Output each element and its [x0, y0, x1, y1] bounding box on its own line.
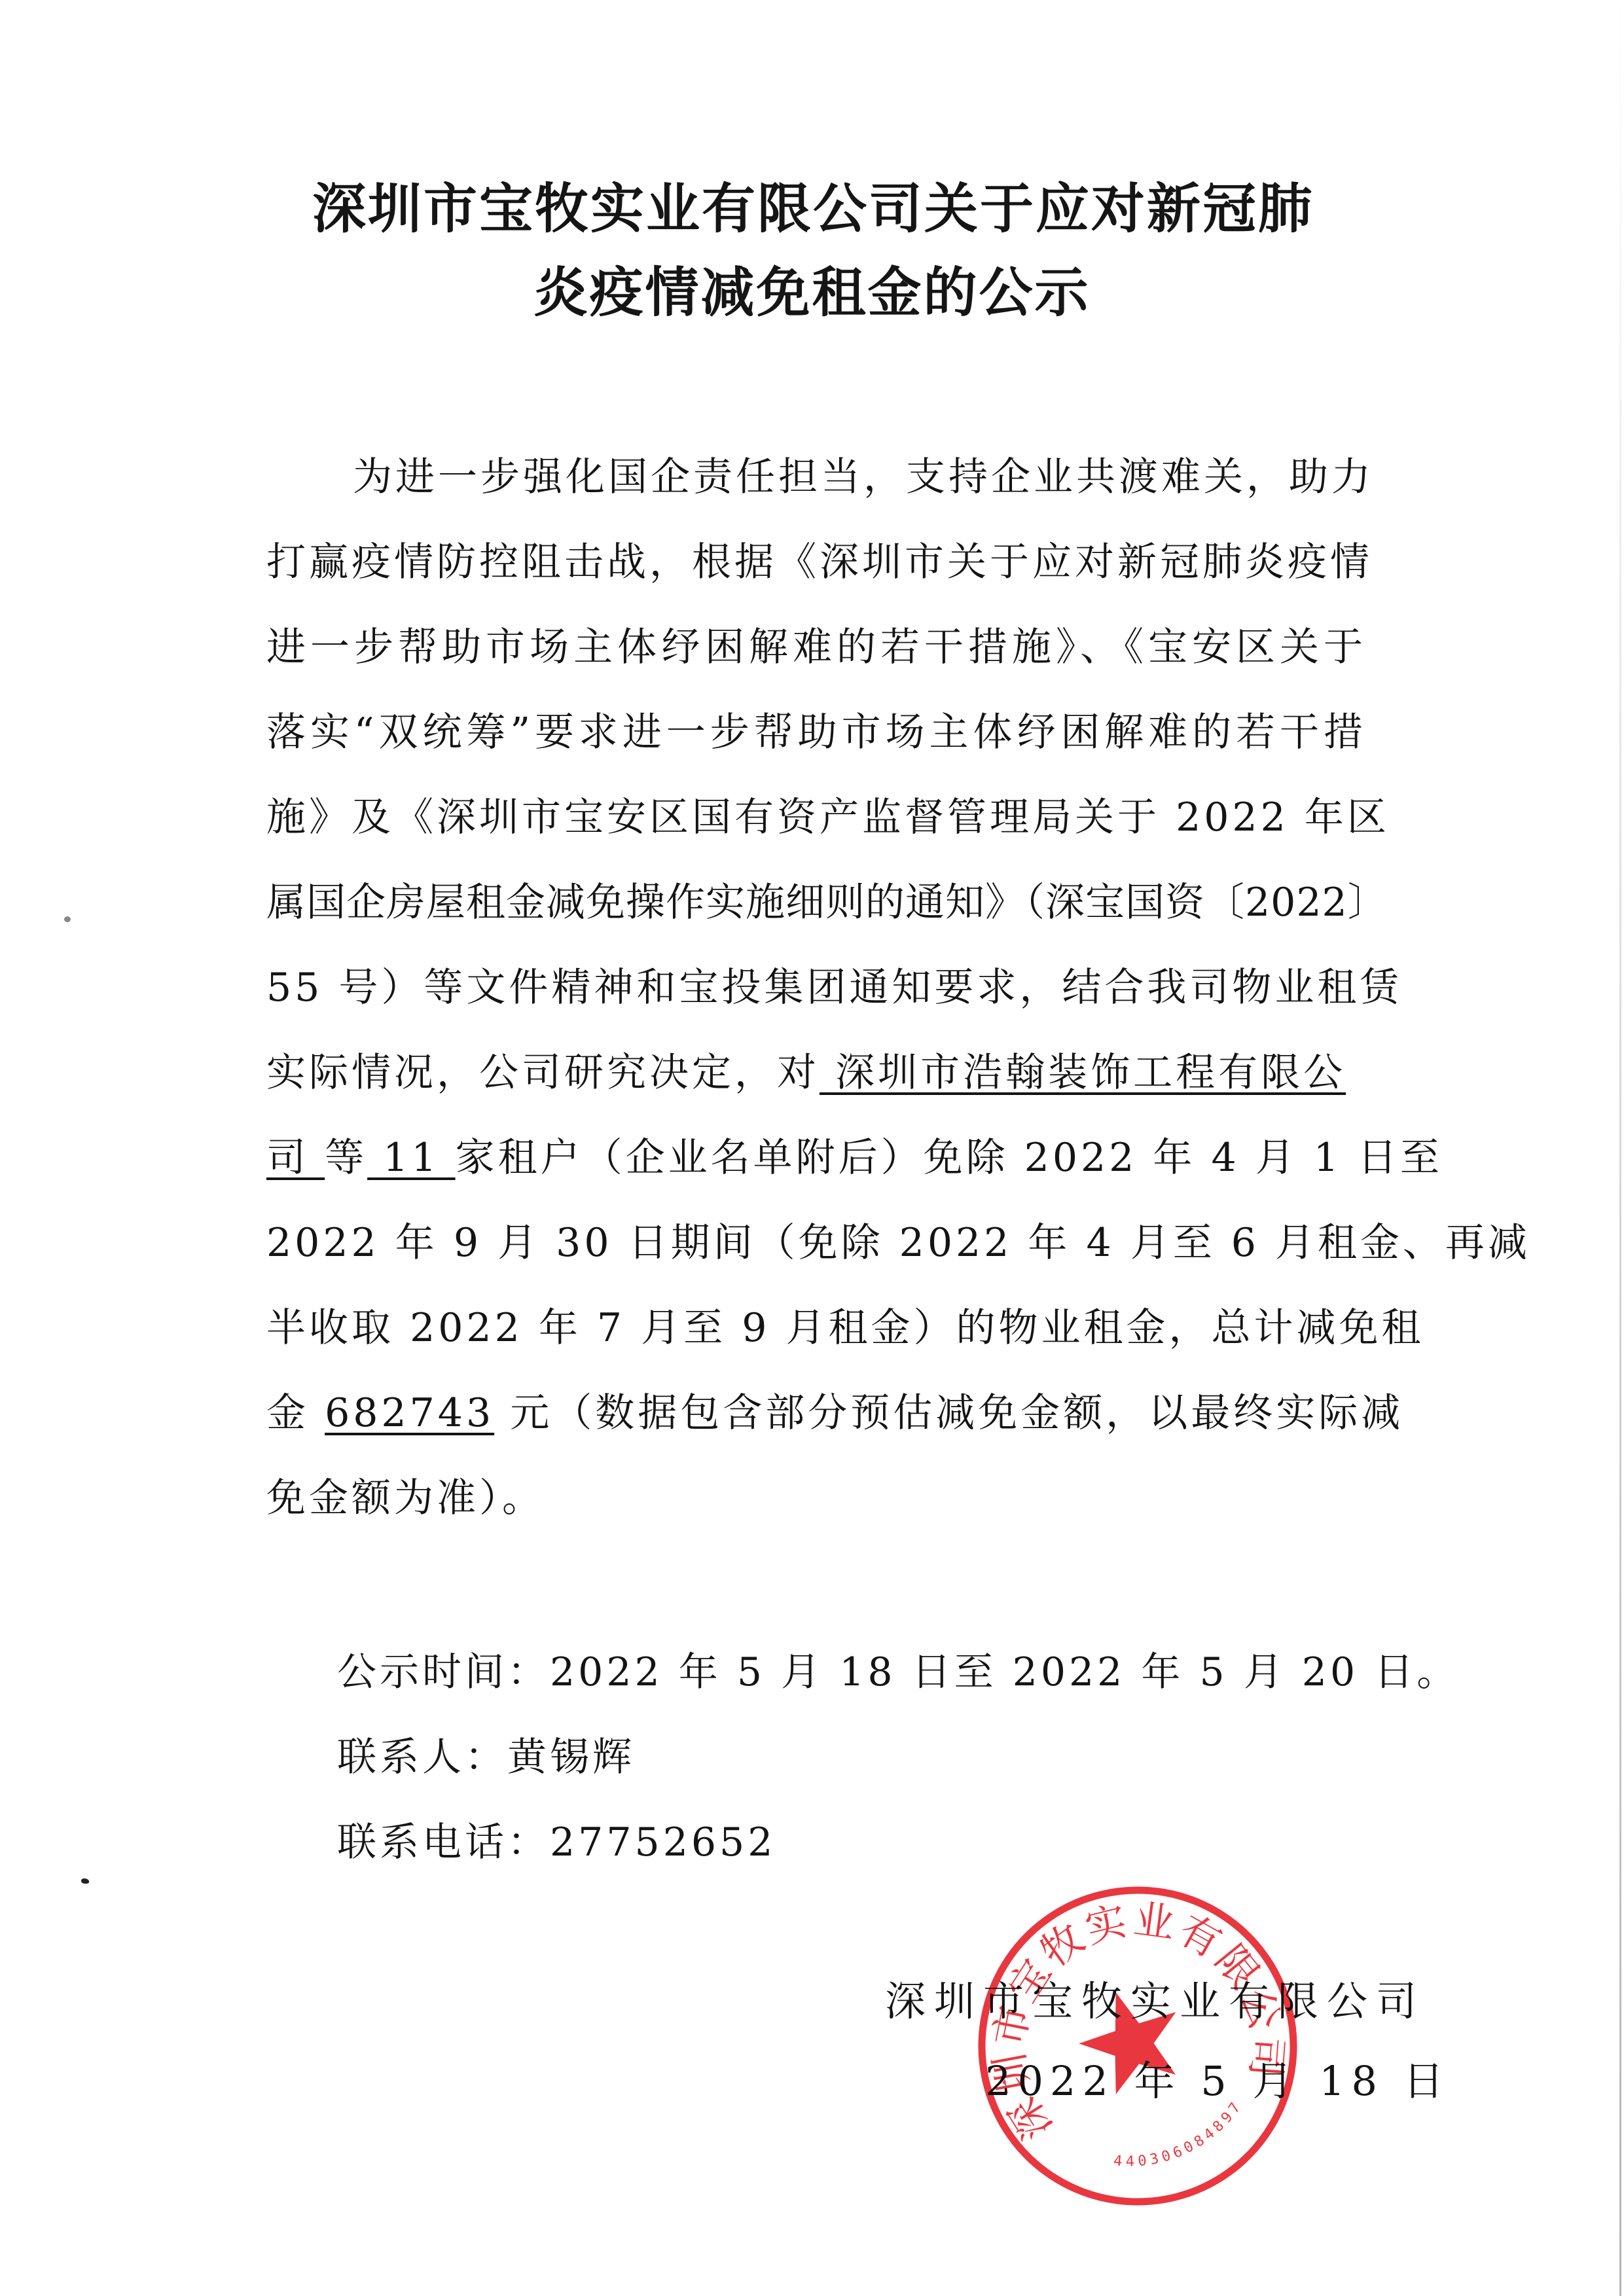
tenant-count-underlined: 11	[367, 1135, 456, 1181]
body-text: 家租户（企业名单附后）免除 2022 年 4 月 1 日至	[456, 1135, 1443, 1181]
body-line-tenant: 实际情况，公司研究决定，对 深圳市浩翰装饰工程有限公	[266, 1030, 1366, 1115]
title-line-2: 炎疫情减免租金的公示	[0, 251, 1624, 335]
publicity-period-label: 公示时间：	[337, 1649, 550, 1695]
body-line-amount: 金 682743 元（数据包含部分预估减免金额，以最终实际减	[266, 1371, 1366, 1456]
contact-person-label: 联系人：	[337, 1734, 507, 1780]
contact-phone-value: 27752652	[550, 1820, 776, 1865]
body-text-prefix: 实际情况，公司研究决定，对	[266, 1050, 820, 1096]
seal-ring-text: 深圳市宝牧实业有限公司	[974, 1882, 1301, 2152]
contact-phone-label: 联系电话：	[337, 1820, 550, 1865]
scan-edge-artifact	[1619, 0, 1621, 2296]
body-line: 属国企房屋租金减免操作实施细则的通知》（深宝国资〔2022〕	[266, 860, 1366, 945]
body-line: 为进一步强化国企责任担当，支持企业共渡难关，助力	[266, 435, 1366, 520]
body-text-prefix: 金	[266, 1390, 325, 1436]
publicity-period: 公示时间：2022 年 5 月 18 日至 2022 年 5 月 20 日。	[337, 1630, 1459, 1715]
body-line: 打赢疫情防控阻击战，根据《深圳市关于应对新冠肺炎疫情	[266, 520, 1366, 605]
body-line: 施》及《深圳市宝安区国有资产监督管理局关于 2022 年区	[266, 775, 1366, 860]
company-seal: 深圳市宝牧实业有限公司 440306084897	[974, 1882, 1301, 2210]
body-line: 2022 年 9 月 30 日期间（免除 2022 年 4 月至 6 月租金、再…	[266, 1200, 1366, 1285]
publicity-period-value: 2022 年 5 月 18 日至 2022 年 5 月 20 日。	[550, 1649, 1459, 1695]
scan-speck	[81, 1878, 89, 1884]
document-title: 深圳市宝牧实业有限公司关于应对新冠肺 炎疫情减免租金的公示	[0, 168, 1624, 335]
star-icon	[1067, 1977, 1194, 2100]
document-page: 深圳市宝牧实业有限公司关于应对新冠肺 炎疫情减免租金的公示 为进一步强化国企责任…	[0, 0, 1624, 2296]
body-line-tenant-count: 司 等 11 家租户（企业名单附后）免除 2022 年 4 月 1 日至	[266, 1115, 1366, 1200]
body-line: 落实“双统筹”要求进一步帮助市场主体纾困解难的若干措	[266, 690, 1366, 775]
body-text: 元（数据包含部分预估减免金额，以最终实际减	[494, 1390, 1403, 1436]
tenant-name-underlined: 深圳市浩翰装饰工程有限公	[820, 1050, 1346, 1096]
body-line: 半收取 2022 年 7 月至 9 月租金）的物业租金，总计减免租	[266, 1285, 1366, 1371]
tenant-name-underlined-end: 司	[266, 1135, 325, 1181]
contact-person: 联系人：黄锡辉	[337, 1715, 1459, 1800]
body-line: 免金额为准）。	[266, 1456, 1366, 1541]
body-line: 进一步帮助市场主体纾困解难的若干措施》、《宝安区关于	[266, 605, 1366, 690]
body-line: 55 号）等文件精神和宝投集团通知要求，结合我司物业租赁	[266, 945, 1366, 1030]
contact-block: 公示时间：2022 年 5 月 18 日至 2022 年 5 月 20 日。 联…	[337, 1630, 1459, 1885]
body-paragraph: 为进一步强化国企责任担当，支持企业共渡难关，助力 打赢疫情防控阻击战，根据《深圳…	[266, 435, 1366, 1541]
total-amount-underlined: 682743	[325, 1390, 494, 1436]
title-line-1: 深圳市宝牧实业有限公司关于应对新冠肺	[0, 168, 1624, 251]
scan-speck	[64, 916, 71, 922]
contact-phone: 联系电话：27752652	[337, 1800, 1459, 1885]
contact-person-value: 黄锡辉	[507, 1734, 635, 1780]
tenant-connector: 等	[325, 1135, 367, 1181]
